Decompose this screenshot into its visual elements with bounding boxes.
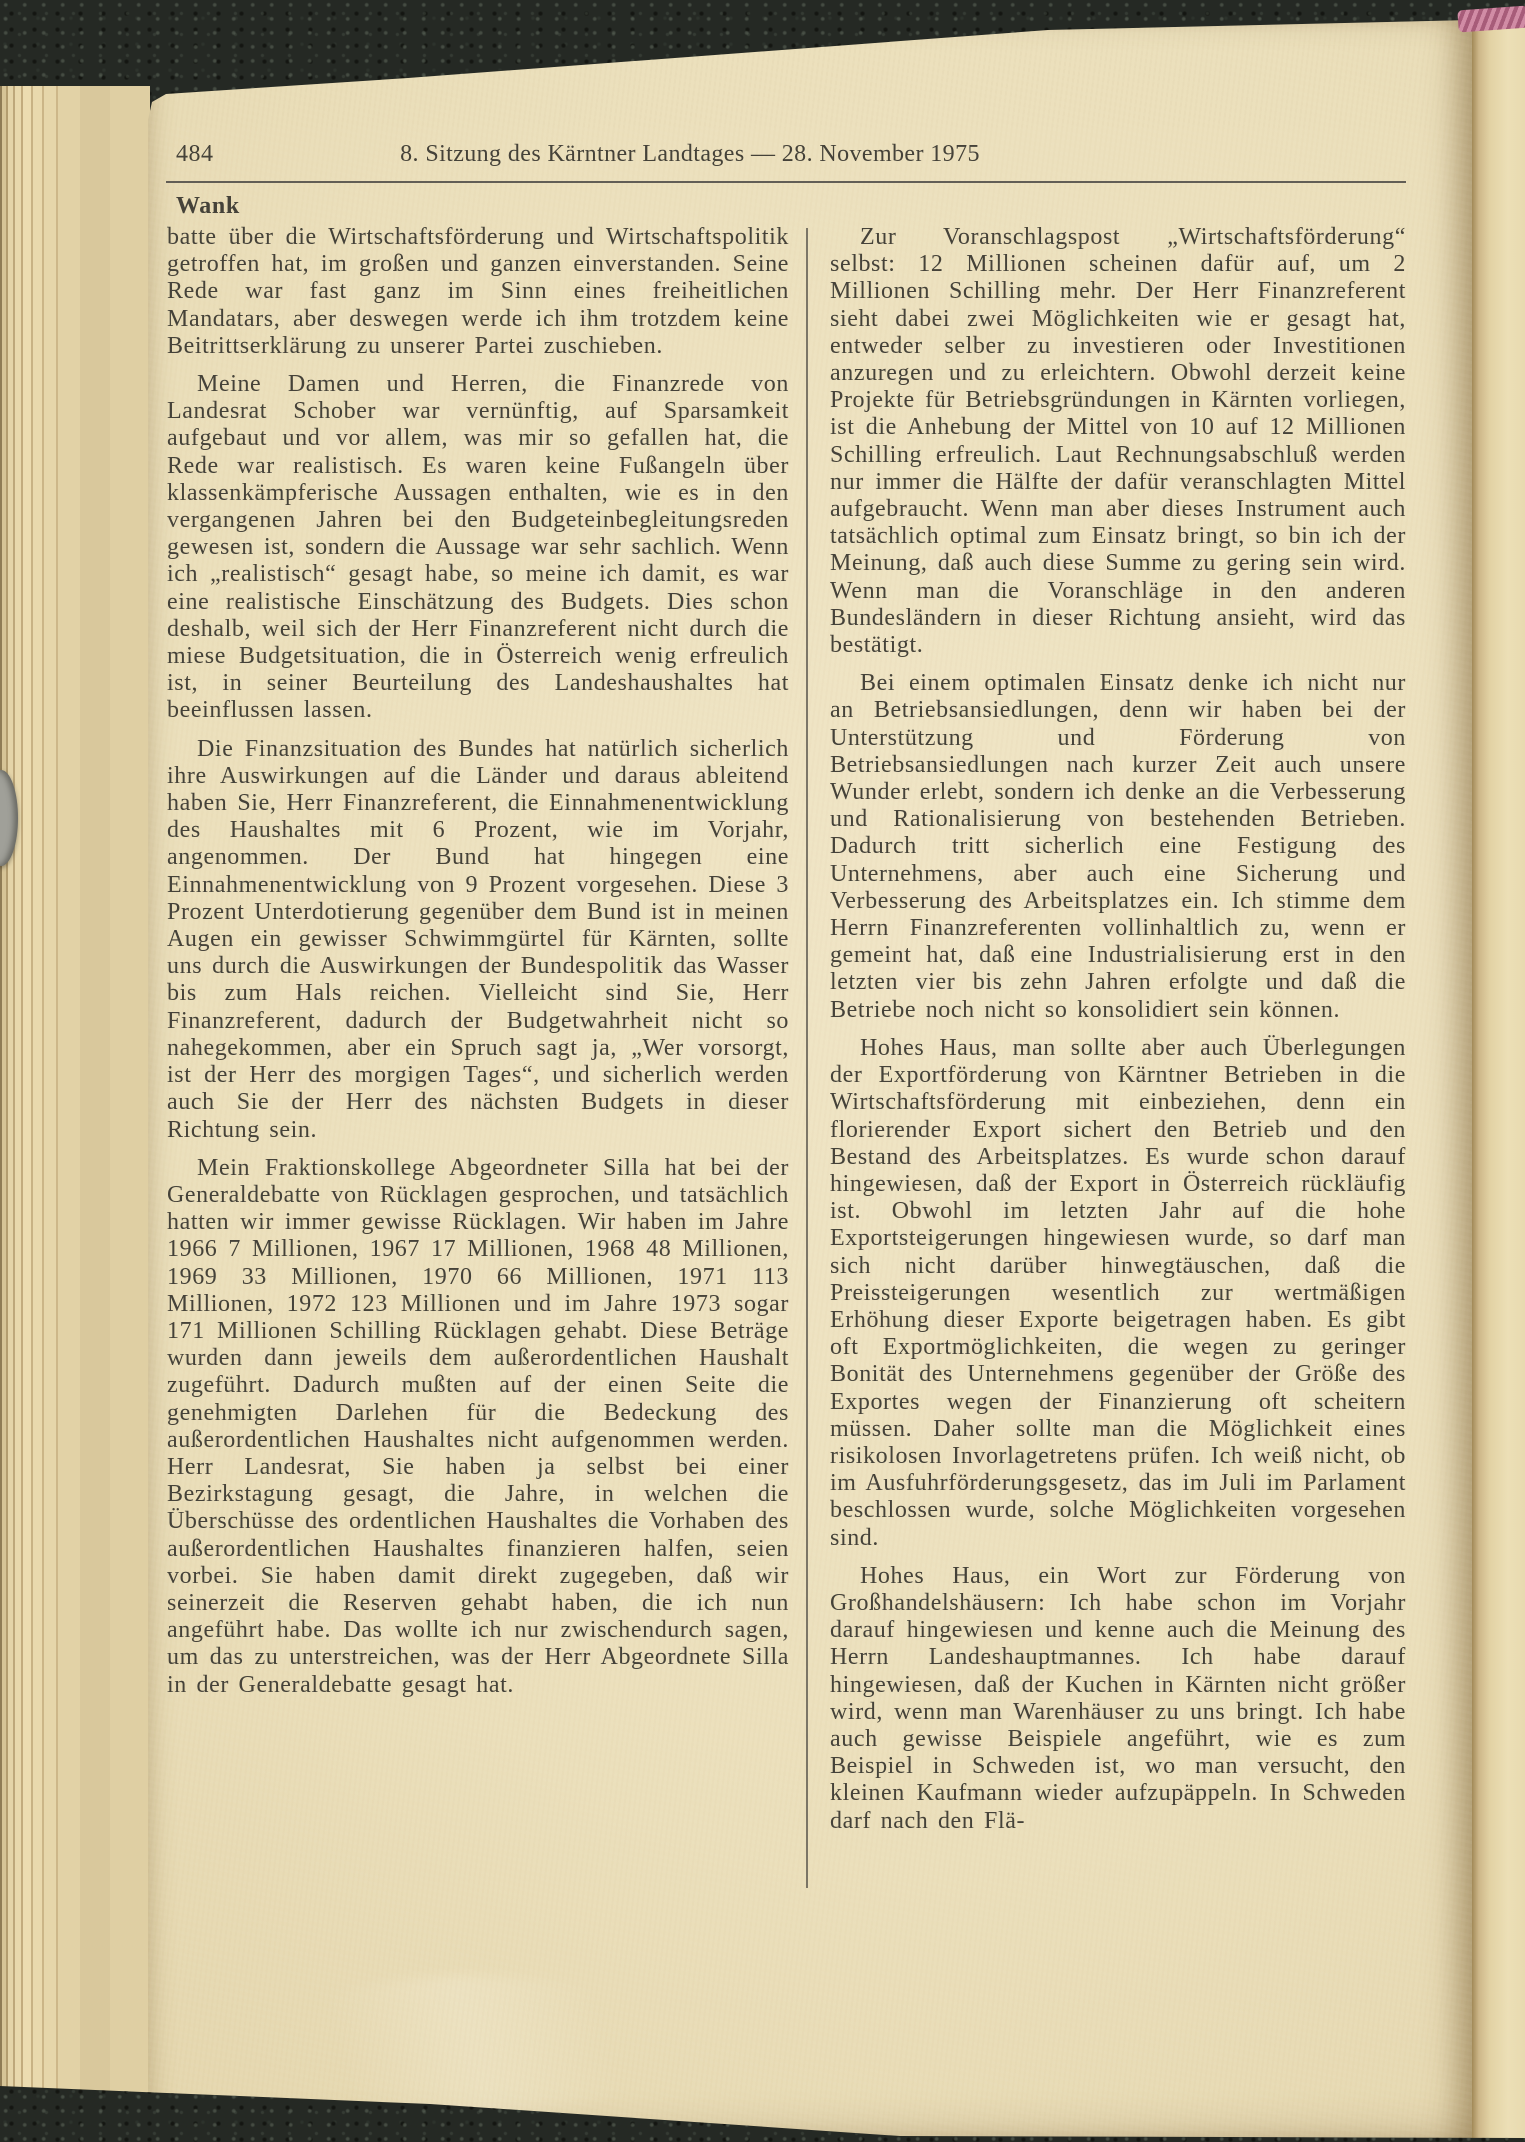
paragraph: Die Finanzsituation des Bundes hat natür…	[167, 736, 789, 1144]
pink-headband	[1457, 6, 1525, 33]
paragraph: batte über die Wirtschaftsförderung und …	[167, 224, 789, 360]
paragraph: Bei einem optimalen Einsatz denke ich ni…	[830, 670, 1406, 1024]
book-scan: 484 8. Sitzung des Kärntner Landtages — …	[0, 0, 1525, 2142]
paragraph: Hohes Haus, man sollte aber auch Überleg…	[830, 1035, 1406, 1552]
paragraph: Mein Fraktionskollege Abgeordneter Silla…	[167, 1155, 789, 1699]
header-title: 8. Sitzung des Kärntner Landtages — 28. …	[320, 141, 1060, 168]
text-column-right: Zur Voranschlagspost „Wirtschaftsförderu…	[830, 224, 1406, 1846]
text-column-left: batte über die Wirtschaftsförderung und …	[167, 224, 789, 1710]
speaker-name: Wank	[176, 193, 240, 220]
paper-sheen	[258, 1976, 688, 2116]
paragraph: Meine Damen und Herren, die Finanzrede v…	[167, 371, 789, 725]
paragraph: Hohes Haus, ein Wort zur Förderung von G…	[830, 1563, 1406, 1835]
next-page-edge	[1470, 12, 1525, 2142]
page-stack-edges	[0, 86, 150, 2100]
page-number: 484	[176, 141, 214, 168]
column-divider	[806, 228, 808, 1888]
paragraph: Zur Voranschlagspost „Wirtschaftsförderu…	[830, 224, 1406, 659]
header-rule	[166, 181, 1406, 183]
